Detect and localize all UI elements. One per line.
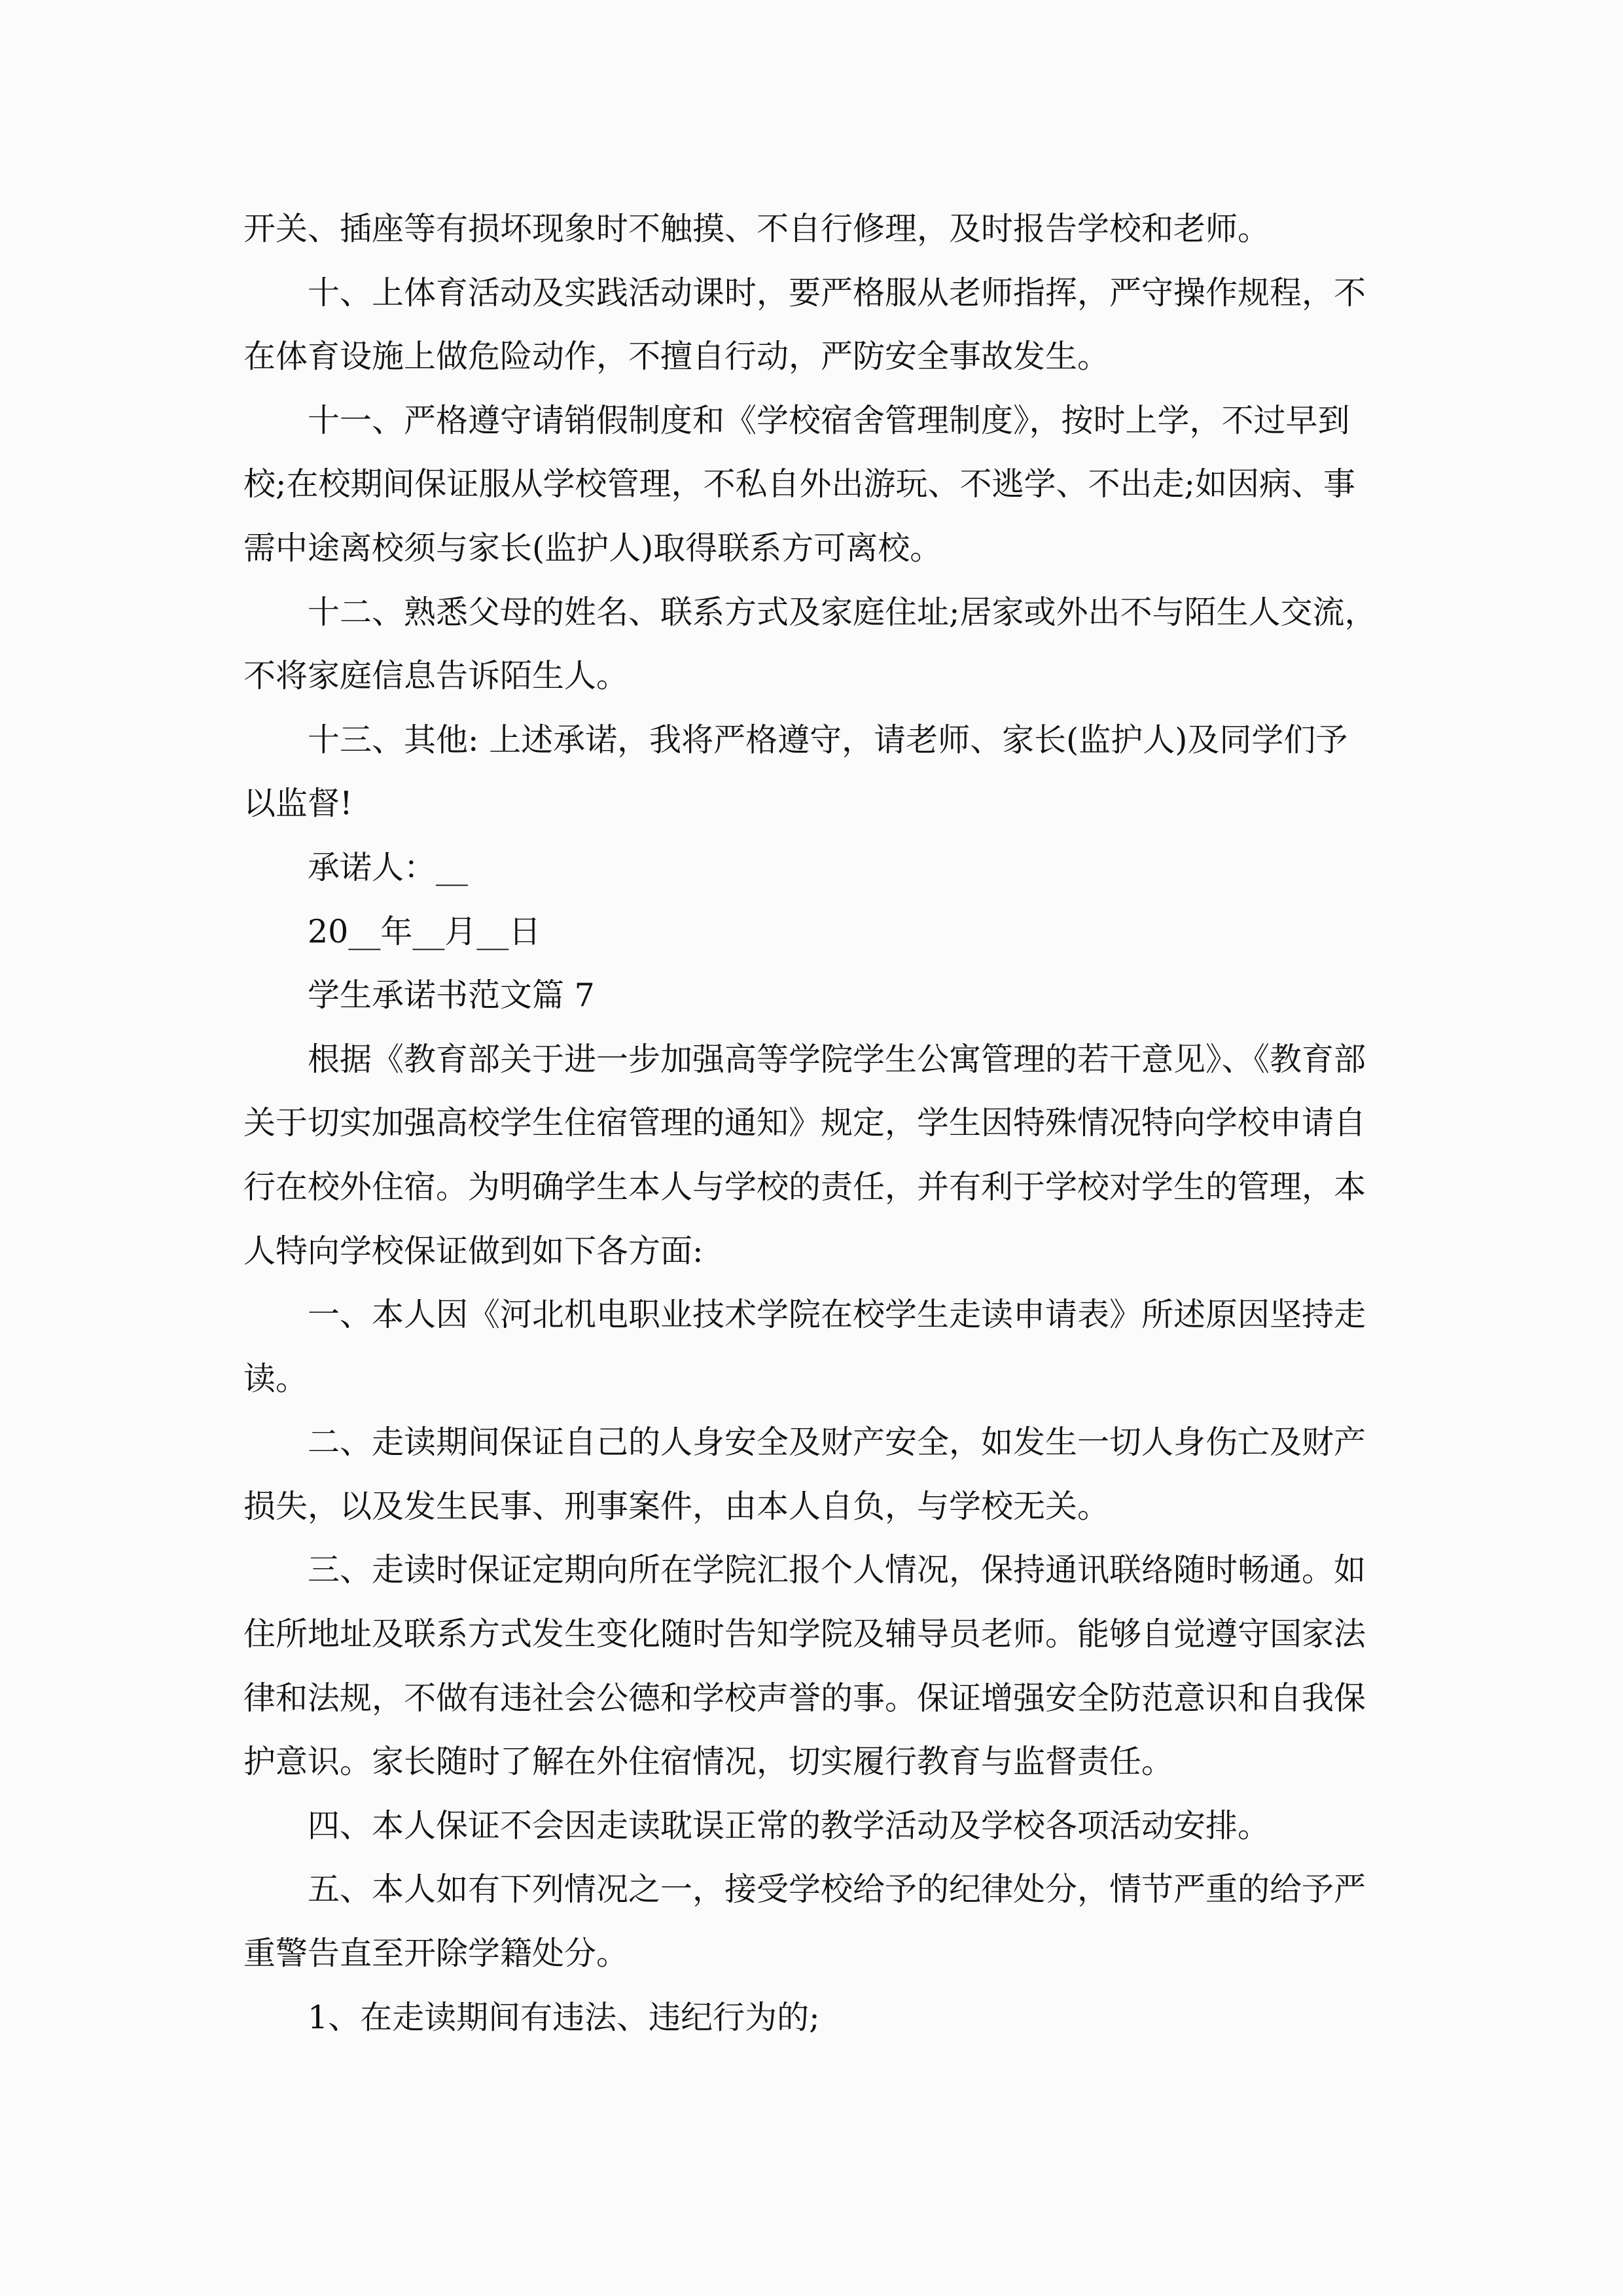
text-line: 律和法规，不做有违社会公德和学校声誉的事。保证增强安全防范意识和自我保 — [243, 1666, 1380, 1731]
text-line: 重警告直至开除学籍处分。 — [243, 1922, 1380, 1986]
text-line: 十三、其他: 上述承诺，我将严格遵守，请老师、家长(监护人)及同学们予 — [243, 708, 1380, 772]
text-line: 行在校外住宿。为明确学生本人与学校的责任，并有利于学校对学生的管理，本 — [243, 1155, 1380, 1219]
text-line: 住所地址及联系方式发生变化随时告知学院及辅导员老师。能够自觉遵守国家法 — [243, 1602, 1380, 1666]
text-line: 二、走读期间保证自己的人身安全及财产安全，如发生一切人身伤亡及财产 — [243, 1410, 1380, 1475]
text-line: 十二、熟悉父母的姓名、联系方式及家庭住址;居家或外出不与陌生人交流， — [243, 581, 1380, 645]
text-line: 不将家庭信息告诉陌生人。 — [243, 644, 1380, 708]
text-line: 根据《教育部关于进一步加强高等学院学生公寓管理的若干意见》、《教育部 — [243, 1028, 1380, 1092]
text-line: 损失，以及发生民事、刑事案件，由本人自负，与学校无关。 — [243, 1475, 1380, 1539]
text-line: 护意识。家长随时了解在外住宿情况，切实履行教育与监督责任。 — [243, 1730, 1380, 1794]
text-line: 在体育设施上做危险动作，不擅自行动，严防安全事故发生。 — [243, 325, 1380, 389]
document-page: 开关、插座等有损坏现象时不触摸、不自行修理，及时报告学校和老师。十、上体育活动及… — [0, 0, 1623, 2296]
text-line: 1、在走读期间有违法、违纪行为的; — [243, 1986, 1380, 2050]
text-line: 四、本人保证不会因走读耽误正常的教学活动及学校各项活动安排。 — [243, 1794, 1380, 1858]
text-line: 十、上体育活动及实践活动课时，要严格服从老师指挥，严守操作规程，不 — [243, 261, 1380, 325]
text-line: 一、本人因《河北机电职业技术学院在校学生走读申请表》所述原因坚持走 — [243, 1283, 1380, 1347]
text-line: 承诺人：__ — [243, 836, 1380, 900]
text-line: 十一、严格遵守请销假制度和《学校宿舍管理制度》，按时上学，不过早到 — [243, 389, 1380, 453]
text-line: 20__年__月__日 — [243, 900, 1380, 964]
text-line: 关于切实加强高校学生住宿管理的通知》规定，学生因特殊情况特向学校申请自 — [243, 1091, 1380, 1155]
text-line: 校;在校期间保证服从学校管理，不私自外出游玩、不逃学、不出走;如因病、事 — [243, 452, 1380, 516]
text-line: 需中途离校须与家长(监护人)取得联系方可离校。 — [243, 516, 1380, 581]
text-line: 开关、插座等有损坏现象时不触摸、不自行修理，及时报告学校和老师。 — [243, 197, 1380, 261]
text-line: 人特向学校保证做到如下各方面: — [243, 1219, 1380, 1283]
document-body: 开关、插座等有损坏现象时不触摸、不自行修理，及时报告学校和老师。十、上体育活动及… — [243, 197, 1380, 2049]
text-line: 五、本人如有下列情况之一，接受学校给予的纪律处分，情节严重的给予严 — [243, 1857, 1380, 1922]
text-line: 读。 — [243, 1347, 1380, 1411]
text-line: 三、走读时保证定期向所在学院汇报个人情况，保持通讯联络随时畅通。如 — [243, 1538, 1380, 1602]
text-line: 以监督! — [243, 772, 1380, 836]
text-line: 学生承诺书范文篇 7 — [243, 963, 1380, 1028]
